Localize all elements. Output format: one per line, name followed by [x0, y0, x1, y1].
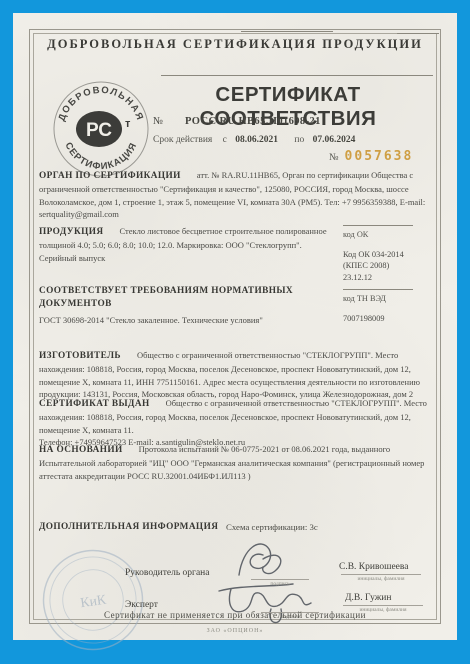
decorative-line — [397, 33, 439, 34]
validity-label: Срок действия — [153, 135, 212, 145]
ok-code-line: (КПЕС 2008) — [343, 260, 431, 272]
section-heading: СЕРТИФИКАТ ВЫДАН — [39, 399, 150, 409]
name-caption: инициалы, фамилия — [341, 574, 421, 582]
section-body-line2: Серийный выпуск — [39, 252, 331, 264]
ok-code-label: код ОК — [343, 229, 431, 241]
stamp-center-text: КиК — [79, 592, 107, 611]
ok-code-column: код ОК Код ОК 034-2014 (КПЕС 2008) 23.12… — [343, 225, 431, 283]
ok-code-line: 23.12.12 — [343, 272, 431, 284]
blank-form-number-row: №0057638 — [329, 149, 413, 164]
section-heading: СООТВЕТСТВУЕТ ТРЕБОВАНИЯМ НОРМАТИВНЫХ ДО… — [39, 285, 331, 312]
signature-caption: подпись — [251, 579, 309, 587]
from-label: с — [223, 135, 227, 145]
section-heading: ПРОДУКЦИЯ — [39, 227, 103, 237]
registration-number: РОСС RU.НВ65.Н01698-21 — [185, 116, 321, 127]
decorative-line — [241, 31, 333, 32]
tnved-code-label: код ТН ВЭД — [343, 293, 431, 305]
section-manufacturer: ИЗГОТОВИТЕЛЬОбщество с ограниченной отве… — [39, 349, 433, 400]
tnved-code-value: 7007198009 — [343, 313, 431, 325]
section-basis: НА ОСНОВАНИИПротокола испытаний № 06-077… — [39, 443, 433, 482]
number-sign: № — [153, 116, 163, 127]
decorative-line — [161, 75, 433, 76]
ok-code-line: Код ОК 034-2014 — [343, 249, 431, 261]
validity-to-date: 07.06.2024 — [313, 135, 356, 145]
signature-head-of-body-icon — [239, 544, 281, 575]
section-heading: ОРГАН ПО СЕРТИФИКАЦИИ — [39, 171, 181, 181]
footer-note: Сертификат не применяется при обязательн… — [13, 610, 457, 620]
tnved-code-column: код ТН ВЭД 7007198009 — [343, 289, 431, 324]
logo-mark: РС — [86, 120, 112, 141]
certificate-scan: ДОБРОВОЛЬНАЯ СЕРТИФИКАЦИЯ ПРОДУКЦИИ ДОБР… — [0, 0, 470, 664]
blank-form-number: 0057638 — [345, 149, 414, 164]
section-body: ГОСТ 30698-2014 "Стекло закаленное. Техн… — [39, 314, 331, 326]
registration-number-row: №РОСС RU.НВ65.Н01698-21 — [153, 116, 321, 127]
certificate-paper: ДОБРОВОЛЬНАЯ СЕРТИФИКАЦИЯ ПРОДУКЦИИ ДОБР… — [13, 13, 457, 640]
number-sign: № — [329, 152, 339, 163]
section-product: ПРОДУКЦИЯСтекло листовое бесцветное стро… — [39, 225, 433, 264]
role-head-of-body: Руководитель органа — [125, 568, 209, 578]
to-label: по — [294, 135, 304, 145]
expert-name: Д.В. Гужин — [345, 593, 391, 603]
printer-imprint: ЗАО «ОПЦИОН» — [13, 628, 457, 634]
section-additional-heading: ДОПОЛНИТЕЛЬНАЯ ИНФОРМАЦИЯ — [39, 522, 218, 532]
role-expert: Эксперт — [125, 600, 158, 610]
section-heading: ИЗГОТОВИТЕЛЬ — [39, 351, 121, 361]
head-of-body-name: С.В. Кривошеева — [339, 562, 408, 572]
section-certification-body: ОРГАН ПО СЕРТИФИКАЦИИатт. № RA.RU.11НВ65… — [39, 169, 433, 220]
validity-period-row: Срок действия с 08.06.2021 по 07.06.2024 — [153, 135, 369, 145]
section-issued-to: СЕРТИФИКАТ ВЫДАНОбщество с ограниченной … — [39, 397, 433, 448]
section-heading: НА ОСНОВАНИИ — [39, 445, 123, 455]
header-band: ДОБРОВОЛЬНАЯ СЕРТИФИКАЦИЯ ПРОДУКЦИИ — [13, 37, 457, 52]
validity-from-date: 08.06.2021 — [235, 135, 278, 145]
section-standards: СООТВЕТСТВУЕТ ТРЕБОВАНИЯМ НОРМАТИВНЫХ ДО… — [39, 285, 433, 326]
